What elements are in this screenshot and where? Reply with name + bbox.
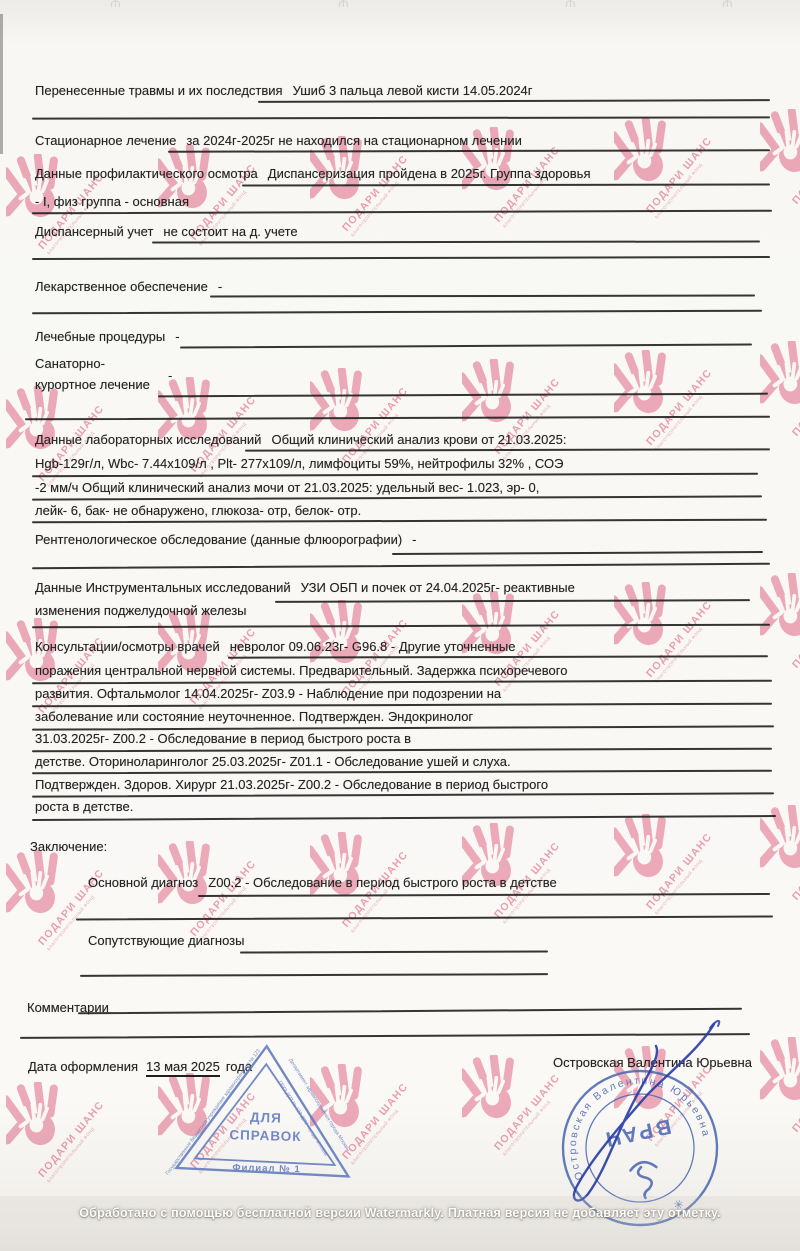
rule-line	[80, 973, 548, 977]
rule-line	[32, 116, 770, 119]
date-suffix: года	[226, 1059, 252, 1074]
watermark-subtitle: БЛАГОТВОРИТЕЛЬНЫЙ ФОНД	[46, 1107, 111, 1184]
watermark-text: ПОДАРИ ШАНСБЛАГОТВОРИТЕЛЬНЫЙ ФОНД	[790, 590, 800, 675]
rule-line	[32, 703, 772, 708]
pink-hand-icon	[6, 850, 68, 920]
field-value: УЗИ ОБП и почек от 24.04.2025г- реактивн…	[301, 580, 575, 595]
field-label: Дата оформления	[28, 1059, 138, 1074]
charity-watermark: ПОДАРИ ШАНСБЛАГОТВОРИТЕЛЬНЫЙ ФОНД	[760, 805, 800, 945]
watermark-subtitle: БЛАГОТВОРИТЕЛЬНЫЙ ФОНД	[654, 607, 719, 684]
field-value: за 2024г-2025г не находился на стационар…	[186, 133, 522, 148]
charity-watermark: ПОДАРИ ШАНСБЛАГОТВОРИТЕЛЬНЫЙ ФОНД	[614, 118, 764, 258]
field-value: -	[412, 532, 416, 547]
pink-hand-icon	[614, 582, 676, 652]
watermark-text: ПОДАРИ ШАНСБЛАГОТВОРИТЕЛЬНЫЙ ФОНД	[790, 358, 800, 443]
pink-hand-icon	[760, 1037, 800, 1107]
watermark-text: ПОДАРИ ШАНСБЛАГОТВОРИТЕЛЬНЫЙ ФОНД	[36, 1099, 111, 1184]
field-secondary-diagnosis: Сопутствующие диагнозы	[88, 933, 244, 948]
watermark-brand: ПОДАРИ ШАНС	[340, 153, 411, 234]
field-sanatorium-line2: курортное лечение	[35, 377, 150, 392]
watermark-subtitle: БЛАГОТВОРИТЕЛЬНЫЙ ФОНД	[198, 1098, 263, 1175]
watermark-subtitle: БЛАГОТВОРИТЕЛЬНЫЙ ФОНД	[654, 839, 719, 916]
field-consult-cont6: Подтвержден. Здоров. Хирург 21.03.2025г-…	[35, 777, 548, 792]
pink-hand-icon	[614, 350, 676, 420]
field-consult-cont7: роста в детстве.	[35, 799, 133, 814]
field-label: Данные Инструментальных исследований	[35, 580, 291, 595]
watermark-subtitle: БЛАГОТВОРИТЕЛЬНЫЙ ФОНД	[654, 1071, 719, 1148]
watermark-text: ПОДАРИ ШАНСБЛАГОТВОРИТЕЛЬНЫЙ ФОНД	[644, 135, 719, 220]
watermark-brand: ПОДАРИ ШАНС	[644, 599, 715, 680]
rule-line	[32, 680, 772, 685]
field-label: Стационарное лечение	[35, 133, 176, 148]
rule-line	[32, 563, 770, 570]
pink-hand-icon	[310, 1064, 372, 1134]
field-value: невролог 09.06.23г- G96.8 - Другие уточн…	[230, 639, 516, 654]
rule-line	[168, 149, 770, 153]
field-value: Ушиб 3 пальца левой кисти 14.05.2024г	[293, 83, 533, 98]
pink-hand-icon	[614, 118, 676, 188]
charity-watermark: ПОДАРИ ШАНСБЛАГОТВОРИТЕЛЬНЫЙ ФОНД	[158, 377, 308, 517]
watermark-remnant: Ψ	[565, 0, 576, 10]
watermark-brand: ПОДАРИ ШАНС	[188, 858, 259, 939]
charity-watermark: ПОДАРИ ШАНСБЛАГОТВОРИТЕЛЬНЫЙ ФОНД	[310, 1064, 460, 1204]
rule-line	[32, 495, 762, 500]
watermark-subtitle: БЛАГОТВОРИТЕЛЬНЫЙ ФОНД	[350, 1089, 415, 1166]
field-consult-cont4: 31.03.2025г- Z00.2 - Обследование в пери…	[35, 731, 411, 746]
watermark-brand: ПОДАРИ ШАНС	[790, 126, 800, 207]
watermark-text: ПОДАРИ ШАНСБЛАГОТВОРИТЕЛЬНЫЙ ФОНД	[644, 1063, 719, 1148]
round-stamp-ring-text: Островская Валентина Юрьевна	[556, 1064, 716, 1203]
field-label: Консультации/осмотры врачей	[35, 639, 220, 654]
watermark-text: ПОДАРИ ШАНСБЛАГОТВОРИТЕЛЬНЫЙ ФОНД	[340, 1081, 415, 1166]
doctor-signature	[540, 1010, 760, 1215]
charity-watermark: ПОДАРИ ШАНСБЛАГОТВОРИТЕЛЬНЫЙ ФОНД	[462, 1055, 612, 1195]
watermarkly-notice: Обработано с помощью бесплатной версии W…	[0, 1206, 800, 1220]
watermark-brand: ПОДАРИ ШАНС	[644, 1063, 715, 1144]
triangle-stamp-branch: Филиал № 1	[232, 1162, 301, 1175]
watermark-text: ПОДАРИ ШАНСБЛАГОТВОРИТЕЛЬНЫЙ ФОНД	[790, 822, 800, 907]
round-stamp-center-text: ВРАЧ	[600, 1114, 673, 1151]
svg-text:Островская Валентина Юрьевна: Островская Валентина Юрьевна	[556, 1064, 716, 1203]
field-procedures: Лечебные процедуры-	[35, 329, 180, 344]
watermark-brand: ПОДАРИ ШАНС	[790, 590, 800, 671]
field-consult-cont5: детстве. Оториноларинголог 25.03.2025г- …	[35, 754, 511, 769]
charity-watermark: ПОДАРИ ШАНСБЛАГОТВОРИТЕЛЬНЫЙ ФОНД	[760, 109, 800, 249]
field-label: Данные профилактического осмотра	[35, 166, 258, 181]
field-lab-cont2: -2 мм/ч Общий клинический анализ мочи от…	[35, 480, 539, 495]
pink-hand-icon	[760, 341, 800, 411]
rule-line	[210, 295, 755, 298]
field-value: -	[175, 329, 179, 344]
field-label: Лечебные процедуры	[35, 329, 165, 344]
watermark-text: ПОДАРИ ШАНСБЛАГОТВОРИТЕЛЬНЫЙ ФОНД	[644, 367, 719, 452]
charity-watermark: ПОДАРИ ШАНСБЛАГОТВОРИТЕЛЬНЫЙ ФОНД	[462, 359, 612, 499]
field-comments: Комментарии	[27, 1000, 109, 1015]
pink-hand-icon	[6, 1082, 68, 1152]
rule-line	[78, 1008, 742, 1015]
field-medication: Лекарственное обеспечение-	[35, 279, 222, 294]
rule-line	[240, 950, 548, 953]
rule-line	[32, 815, 776, 821]
field-main-diagnosis: Основной диагнозZ00.2 - Обследование в п…	[88, 875, 557, 890]
watermark-text: ПОДАРИ ШАНСБЛАГОТВОРИТЕЛЬНЫЙ ФОНД	[492, 1072, 567, 1157]
charity-watermark: ПОДАРИ ШАНСБЛАГОТВОРИТЕЛЬНЫЙ ФОНД	[760, 1037, 800, 1177]
rule-line	[32, 310, 762, 315]
field-value: не состоит на д. учете	[163, 224, 297, 239]
rule-line	[32, 792, 774, 797]
triangle-stamp-edge-right-outer: Департамент здравоохранения города Москв…	[287, 1057, 351, 1152]
rule-line	[198, 893, 770, 897]
watermark-text: ПОДАРИ ШАНСБЛАГОТВОРИТЕЛЬНЫЙ ФОНД	[188, 1090, 263, 1175]
field-sanatorium-line1: Санаторно-	[35, 356, 105, 371]
charity-watermark: ПОДАРИ ШАНСБЛАГОТВОРИТЕЛЬНЫЙ ФОНД	[760, 573, 800, 713]
pink-hand-icon	[462, 1055, 524, 1125]
watermark-subtitle: БЛАГОТВОРИТЕЛЬНЫЙ ФОНД	[46, 179, 111, 256]
rule-line	[180, 344, 752, 349]
pink-hand-icon	[310, 832, 372, 902]
watermark-text: ПОДАРИ ШАНСБЛАГОТВОРИТЕЛЬНЫЙ ФОНД	[644, 599, 719, 684]
pink-hand-icon	[760, 109, 800, 179]
pink-hand-icon	[760, 573, 800, 643]
field-consultations: Консультации/осмотры врачейневролог 09.0…	[35, 639, 515, 654]
watermark-text: ПОДАРИ ШАНСБЛАГОТВОРИТЕЛЬНЫЙ ФОНД	[340, 849, 415, 934]
conclusion-heading: Заключение:	[30, 839, 107, 854]
watermark-remnant: Ψ	[722, 0, 733, 10]
field-xray: Рентгенологическое обследование (данные …	[35, 532, 417, 547]
field-instrumental: Данные Инструментальных исследованийУЗИ …	[35, 580, 575, 595]
field-dispensary: Диспансерный учетне состоит на д. учете	[35, 224, 298, 239]
rule-line	[32, 748, 772, 753]
charity-watermark: ПОДАРИ ШАНСБЛАГОТВОРИТЕЛЬНЫЙ ФОНД	[158, 841, 308, 981]
field-label: Перенесенные травмы и их последствия	[35, 83, 283, 98]
field-label: Рентгенологическое обследование (данные …	[35, 532, 402, 547]
rule-line	[32, 210, 772, 215]
watermark-text: ПОДАРИ ШАНСБЛАГОТВОРИТЕЛЬНЫЙ ФОНД	[188, 858, 263, 943]
triangle-stamp-edge-right-inner: ГБУЗ ДГП № 123 ДЗМ города Москвы	[277, 1080, 329, 1158]
field-label: Лекарственное обеспечение	[35, 279, 208, 294]
rule-line	[32, 473, 758, 478]
watermark-brand: ПОДАРИ ШАНС	[188, 1090, 259, 1171]
field-label: Основной диагноз	[88, 875, 198, 890]
field-lab: Данные лабораторных исследованийОбщий кл…	[35, 432, 566, 447]
watermark-subtitle: БЛАГОТВОРИТЕЛЬНЫЙ ФОНД	[502, 152, 567, 229]
field-instrumental-cont: изменения поджелудочной железы	[35, 603, 247, 618]
field-consult-cont2: развития. Офтальмолог 14.04.2025г- Z03.9…	[35, 686, 501, 701]
charity-watermark: ПОДАРИ ШАНСБЛАГОТВОРИТЕЛЬНЫЙ ФОНД	[462, 591, 612, 731]
field-value: -	[218, 279, 222, 294]
rule-line	[32, 725, 774, 730]
charity-watermark: ПОДАРИ ШАНСБЛАГОТВОРИТЕЛЬНЫЙ ФОНД	[614, 814, 764, 954]
rule-line	[158, 393, 768, 398]
watermark-brand: ПОДАРИ ШАНС	[492, 1072, 563, 1153]
field-sanatorium-value: -	[168, 368, 172, 383]
charity-watermark: ПОДАРИ ШАНСБЛАГОТВОРИТЕЛЬНЫЙ ФОНД	[614, 350, 764, 490]
watermark-remnant: Ψ	[110, 0, 121, 10]
rule-line	[32, 770, 772, 775]
footer-band	[0, 1196, 800, 1251]
rule-line	[20, 1033, 750, 1039]
pink-hand-icon	[310, 600, 372, 670]
scan-edge-artifact	[0, 14, 3, 154]
field-label: Данные лабораторных исследований	[35, 432, 261, 447]
rule-line	[245, 448, 770, 451]
rule-line	[392, 551, 763, 555]
field-lab-cont1: Hgb-129г/л, Wbc- 7.44x109/л , Plt- 277x1…	[35, 456, 563, 471]
watermark-brand: ПОДАРИ ШАНС	[36, 1099, 107, 1180]
watermark-brand: ПОДАРИ ШАНС	[340, 385, 411, 466]
watermark-subtitle: БЛАГОТВОРИТЕЛЬНЫЙ ФОНД	[654, 375, 719, 452]
charity-watermark: ПОДАРИ ШАНСБЛАГОТВОРИТЕЛЬНЫЙ ФОНД	[760, 341, 800, 481]
rule-line	[228, 655, 768, 658]
watermark-text: ПОДАРИ ШАНСБЛАГОТВОРИТЕЛЬНЫЙ ФОНД	[492, 144, 567, 229]
watermark-brand: ПОДАРИ ШАНС	[644, 135, 715, 216]
watermark-subtitle: БЛАГОТВОРИТЕЛЬНЫЙ ФОНД	[502, 1080, 567, 1157]
date-value: 13 мая 2025	[146, 1059, 220, 1077]
watermark-brand: ПОДАРИ ШАНС	[644, 831, 715, 912]
charity-watermark: ПОДАРИ ШАНСБЛАГОТВОРИТЕЛЬНЫЙ ФОНД	[158, 1073, 308, 1213]
scanned-medical-form: Ψ Ψ Ψ Ψ ПОДАРИ ШАНСБЛАГОТВОРИТЕЛЬНЫЙ ФОН…	[0, 0, 800, 1251]
watermark-brand: ПОДАРИ ШАНС	[644, 367, 715, 448]
charity-watermark: ПОДАРИ ШАНСБЛАГОТВОРИТЕЛЬНЫЙ ФОНД	[614, 582, 764, 722]
rule-line	[25, 416, 770, 421]
rule-line	[258, 99, 770, 103]
charity-watermark: ПОДАРИ ШАНСБЛАГОТВОРИТЕЛЬНЫЙ ФОНД	[462, 127, 612, 267]
pink-hand-icon	[158, 1073, 220, 1143]
field-consult-cont3: заболевание или состояние неуточненное. …	[35, 709, 473, 724]
field-inpatient: Стационарное лечениеза 2024г-2025г не на…	[35, 133, 522, 148]
triangle-stamp-text1: ДЛЯ	[250, 1110, 282, 1126]
triangle-stamp-text2: СПРАВОК	[229, 1127, 302, 1144]
watermark-text: ПОДАРИ ШАНСБЛАГОТВОРИТЕЛЬНЫЙ ФОНД	[644, 831, 719, 916]
rule-line	[32, 519, 767, 524]
watermark-brand: ПОДАРИ ШАНС	[790, 1054, 800, 1135]
field-injuries: Перенесенные травмы и их последствияУшиб…	[35, 83, 533, 98]
field-prophylactic-cont: - I, физ группа - основная	[35, 194, 189, 209]
field-lab-cont3: лейк- 6, бак- не обнаружено, глюкоза- от…	[35, 503, 361, 518]
field-value: Общий клинический анализ крови от 21.03.…	[271, 432, 566, 447]
watermark-brand: ПОДАРИ ШАНС	[790, 822, 800, 903]
watermark-text: ПОДАРИ ШАНСБЛАГОТВОРИТЕЛЬНЫЙ ФОНД	[790, 126, 800, 211]
field-value: Z00.2 - Обследование в период быстрого р…	[208, 875, 557, 890]
pink-hand-icon	[310, 368, 372, 438]
rule-line	[76, 915, 773, 920]
field-label: Диспансерный учет	[35, 224, 153, 239]
watermark-remnant: Ψ	[338, 0, 349, 10]
field-date: Дата оформления13 мая 2025года	[28, 1059, 252, 1074]
charity-watermark: ПОДАРИ ШАНСБЛАГОТВОРИТЕЛЬНЫЙ ФОНД	[310, 136, 460, 276]
watermark-brand: ПОДАРИ ШАНС	[340, 1081, 411, 1162]
rule-line	[275, 599, 750, 603]
pink-hand-icon	[614, 814, 676, 884]
rule-line	[32, 256, 770, 260]
field-consult-cont1: поражения центральной нервной системы. П…	[35, 663, 567, 678]
doctor-name: Островская Валентина Юрьевна	[553, 1055, 752, 1070]
watermark-subtitle: БЛАГОТВОРИТЕЛЬНЫЙ ФОНД	[654, 143, 719, 220]
field-value: Диспансеризация пройдена в 2025г. Группа…	[268, 166, 591, 181]
field-prophylactic: Данные профилактического осмотраДиспансе…	[35, 166, 590, 181]
rule-line	[32, 624, 770, 629]
caduceus-icon	[629, 1160, 662, 1200]
rule-line	[242, 184, 770, 187]
watermark-brand: ПОДАРИ ШАНС	[790, 358, 800, 439]
watermark-text: ПОДАРИ ШАНСБЛАГОТВОРИТЕЛЬНЫЙ ФОНД	[790, 1054, 800, 1139]
rule-line	[152, 240, 760, 243]
